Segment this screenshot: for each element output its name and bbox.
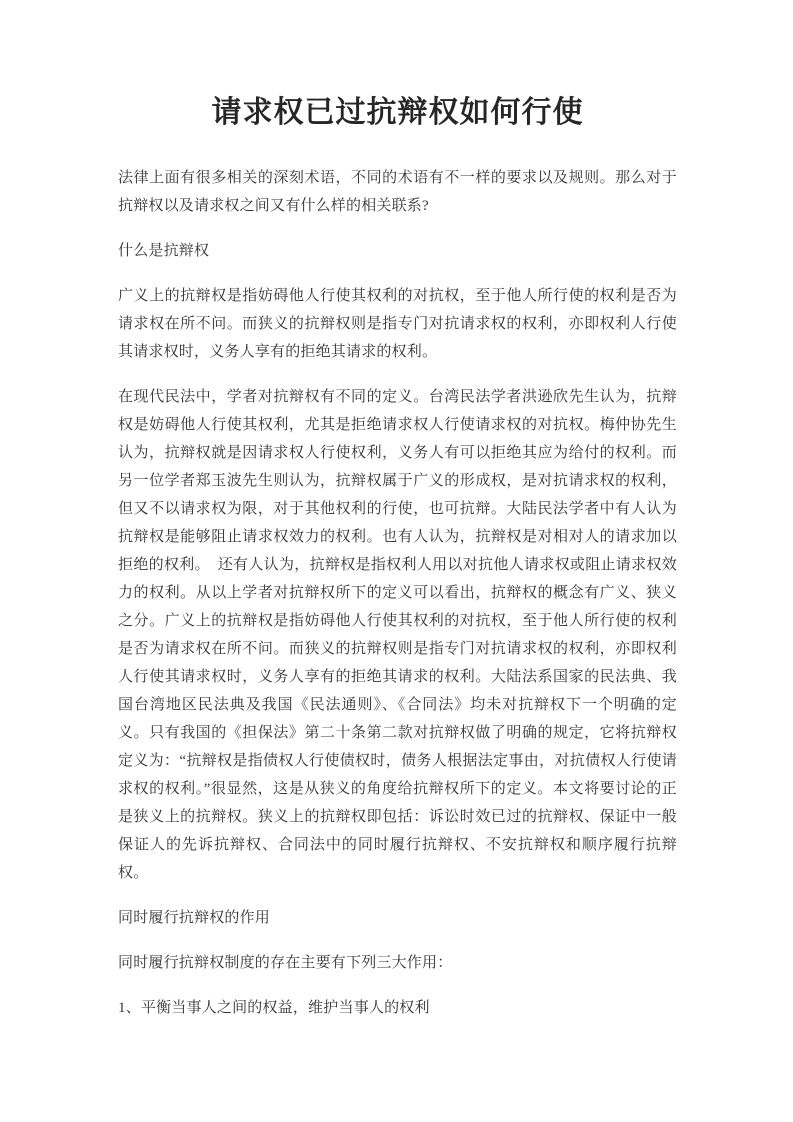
section-heading-what-is-defense-right: 什么是抗辩权: [118, 237, 677, 265]
document-page: 请求权已过抗辩权如何行使 法律上面有很多相关的深刻术语，不同的术语有不一样的要求…: [0, 0, 793, 1122]
document-title: 请求权已过抗辩权如何行使: [118, 96, 677, 130]
broad-narrow-definition-paragraph: 广义上的抗辩权是指妨碍他人行使其权利的对抗权，至于他人所行使的权利是否为请求权在…: [118, 282, 677, 366]
section-heading-simultaneous-performance-function: 同时履行抗辩权的作用: [118, 904, 677, 932]
functions-intro-paragraph: 同时履行抗辩权制度的存在主要有下列三大作用：: [118, 949, 677, 977]
scholars-definitions-paragraph: 在现代民法中，学者对抗辩权有不同的定义。台湾民法学者洪逊欣先生认为，抗辩权是妨碍…: [118, 383, 677, 887]
function-item-1: 1、平衡当事人之间的权益，维护当事人的权利: [118, 994, 677, 1022]
intro-paragraph: 法律上面有很多相关的深刻术语，不同的术语有不一样的要求以及规则。那么对于抗辩权以…: [118, 164, 677, 220]
